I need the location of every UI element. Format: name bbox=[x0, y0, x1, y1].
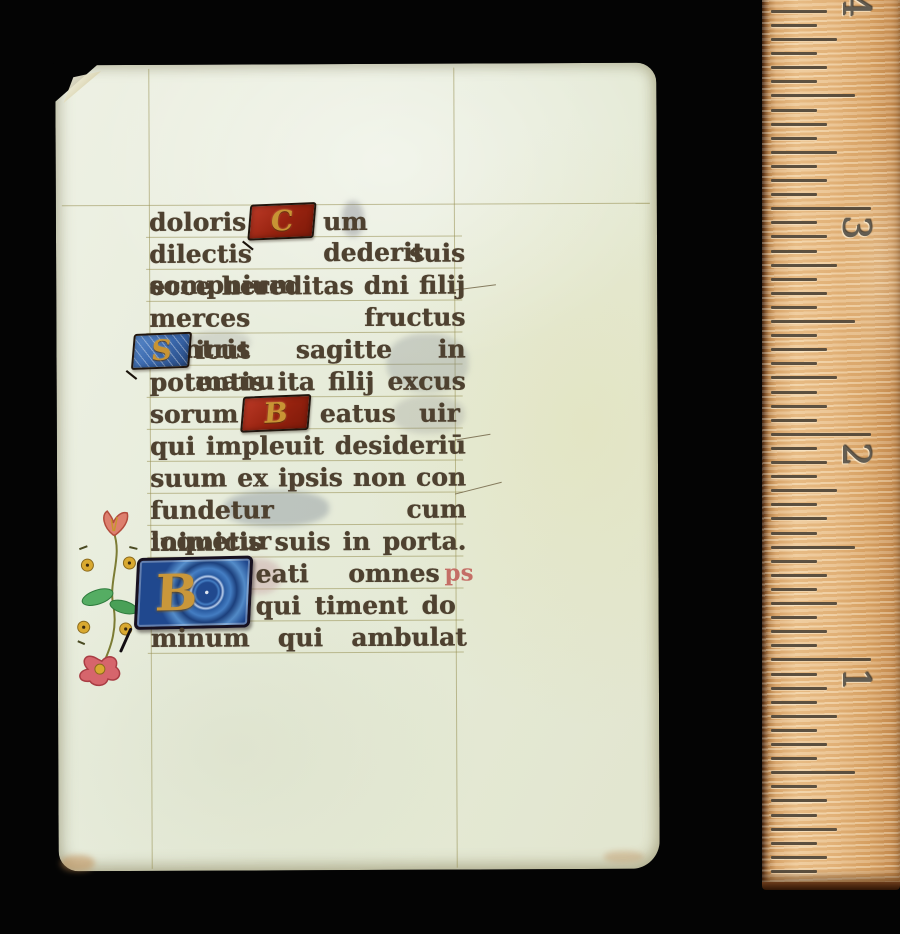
ruler-tick bbox=[771, 870, 817, 873]
ruler-tick bbox=[771, 602, 837, 605]
ruler-tick bbox=[771, 151, 837, 154]
ruler-end-edge bbox=[762, 882, 900, 890]
verse-text: doloris bbox=[149, 206, 246, 238]
text-line: qui impleuit desideriū bbox=[150, 430, 466, 463]
ruler-number-3: 3 bbox=[834, 206, 878, 250]
text-line: minum qui ambulat bbox=[151, 622, 467, 655]
initial-letter: S bbox=[150, 336, 173, 365]
ruler-tick bbox=[771, 517, 827, 520]
ruler-number-1: 1 bbox=[834, 658, 878, 702]
ruler-tick bbox=[771, 52, 817, 55]
illuminated-initial-B-small: B bbox=[240, 394, 311, 433]
ruler-tick bbox=[771, 334, 817, 337]
text-line: dilectis suis sompnium bbox=[149, 238, 465, 271]
ruler-tick bbox=[771, 221, 817, 224]
ruler-tick bbox=[771, 842, 817, 845]
illuminated-initial-C: C bbox=[247, 202, 316, 241]
ruler-tick bbox=[771, 729, 817, 732]
text-line: eati omnes ps bbox=[150, 558, 466, 591]
verse-text: icut sagitte in manu bbox=[195, 334, 465, 367]
edge-stain bbox=[61, 855, 95, 871]
text-line: doloris C um dederit bbox=[149, 206, 465, 239]
ruler-tick bbox=[771, 743, 827, 746]
verse-text: sorum bbox=[150, 399, 239, 431]
ruler-tick bbox=[771, 461, 827, 464]
wooden-ruler: 4 3 2 1 bbox=[762, 0, 900, 886]
text-line: sorum B eatus uir bbox=[150, 398, 466, 431]
ruler-tick bbox=[771, 574, 827, 577]
ruler-tick bbox=[771, 292, 827, 295]
ruler-tick bbox=[771, 306, 817, 309]
ruler-tick bbox=[771, 771, 855, 774]
ruler-tick bbox=[771, 799, 827, 802]
ruler-tick bbox=[771, 376, 837, 379]
ruler-tick bbox=[771, 644, 817, 647]
ruler-tick bbox=[771, 348, 827, 351]
text-line: suum ex ipsis non con bbox=[150, 462, 466, 495]
ruler-number-2: 2 bbox=[834, 433, 878, 477]
ruler-tick bbox=[771, 235, 827, 238]
verse-text: um dederit bbox=[323, 206, 465, 239]
ruler-tick bbox=[771, 856, 827, 859]
ruler-tick bbox=[771, 532, 817, 535]
ruler-tick bbox=[771, 687, 827, 690]
ruler-tick bbox=[771, 278, 817, 281]
ruler-tick bbox=[771, 475, 817, 478]
ruler-tick bbox=[771, 447, 817, 450]
ruler-tick bbox=[771, 503, 817, 506]
ruler-number-4: 4 bbox=[834, 0, 878, 28]
ruler-tick bbox=[771, 94, 855, 97]
text-line: S icut sagitte in manu bbox=[149, 334, 465, 367]
text-line: inimicis suis in porta. bbox=[150, 526, 466, 559]
ruler-tick bbox=[771, 109, 817, 112]
ruler-tick bbox=[771, 391, 817, 394]
ruler-tick bbox=[771, 123, 827, 126]
text-line: ecce hereditas dni filij bbox=[149, 270, 465, 303]
photo-canvas: { "palette": { "background": "#040404", … bbox=[0, 0, 900, 934]
ruler-tick bbox=[771, 419, 817, 422]
text-line: qui timent do bbox=[151, 590, 467, 623]
initial-tail-flourish bbox=[126, 370, 138, 380]
edge-stain bbox=[604, 851, 644, 863]
ruler-tick bbox=[771, 66, 827, 69]
ruler-tick bbox=[771, 785, 817, 788]
ruler-tick bbox=[771, 24, 817, 27]
ruler-tick bbox=[771, 814, 817, 817]
ruler-tick bbox=[771, 701, 817, 704]
ruler-tick bbox=[771, 588, 817, 591]
ruled-lines bbox=[55, 63, 656, 66]
ruler-tick bbox=[771, 320, 855, 323]
ruler-tick bbox=[771, 828, 837, 831]
ruler-tick bbox=[771, 165, 817, 168]
illuminated-initial-S: S bbox=[131, 332, 192, 370]
ruler-tick bbox=[771, 757, 817, 760]
initial-letter: B bbox=[263, 399, 289, 428]
ruler-tick bbox=[771, 10, 827, 13]
ruler-tick bbox=[771, 38, 837, 41]
ruler-tick bbox=[771, 80, 817, 83]
text-line: merces fructus uentris bbox=[149, 302, 465, 335]
ruler-tick bbox=[771, 630, 827, 633]
ruler-tick bbox=[771, 137, 817, 140]
ruler-tick bbox=[771, 546, 855, 549]
ruler-tick bbox=[771, 489, 837, 492]
initial-letter: C bbox=[270, 207, 295, 236]
rubric-ps: ps bbox=[444, 557, 473, 589]
text-block: doloris C um dederit dilectis suis sompn… bbox=[149, 206, 467, 677]
ruler-tick bbox=[771, 250, 817, 253]
ruler-tick bbox=[771, 362, 817, 365]
ruler-tick bbox=[771, 405, 827, 408]
manuscript-leaf: B doloris C um dederit dilectis suis som… bbox=[55, 63, 660, 872]
ruler-tick bbox=[771, 673, 817, 676]
text-line: fundetur cum loquetur bbox=[150, 494, 466, 527]
verse-text: eatus uir bbox=[320, 398, 460, 431]
ruler-tick bbox=[771, 715, 837, 718]
ruler-tick bbox=[771, 179, 827, 182]
ruler-tick bbox=[771, 264, 837, 267]
ruler-tick bbox=[771, 560, 817, 563]
ruler-tick bbox=[771, 193, 817, 196]
ruler-tick bbox=[771, 616, 817, 619]
verse-text: qui timent do bbox=[256, 590, 456, 623]
verse-text: eati omnes bbox=[255, 558, 439, 591]
